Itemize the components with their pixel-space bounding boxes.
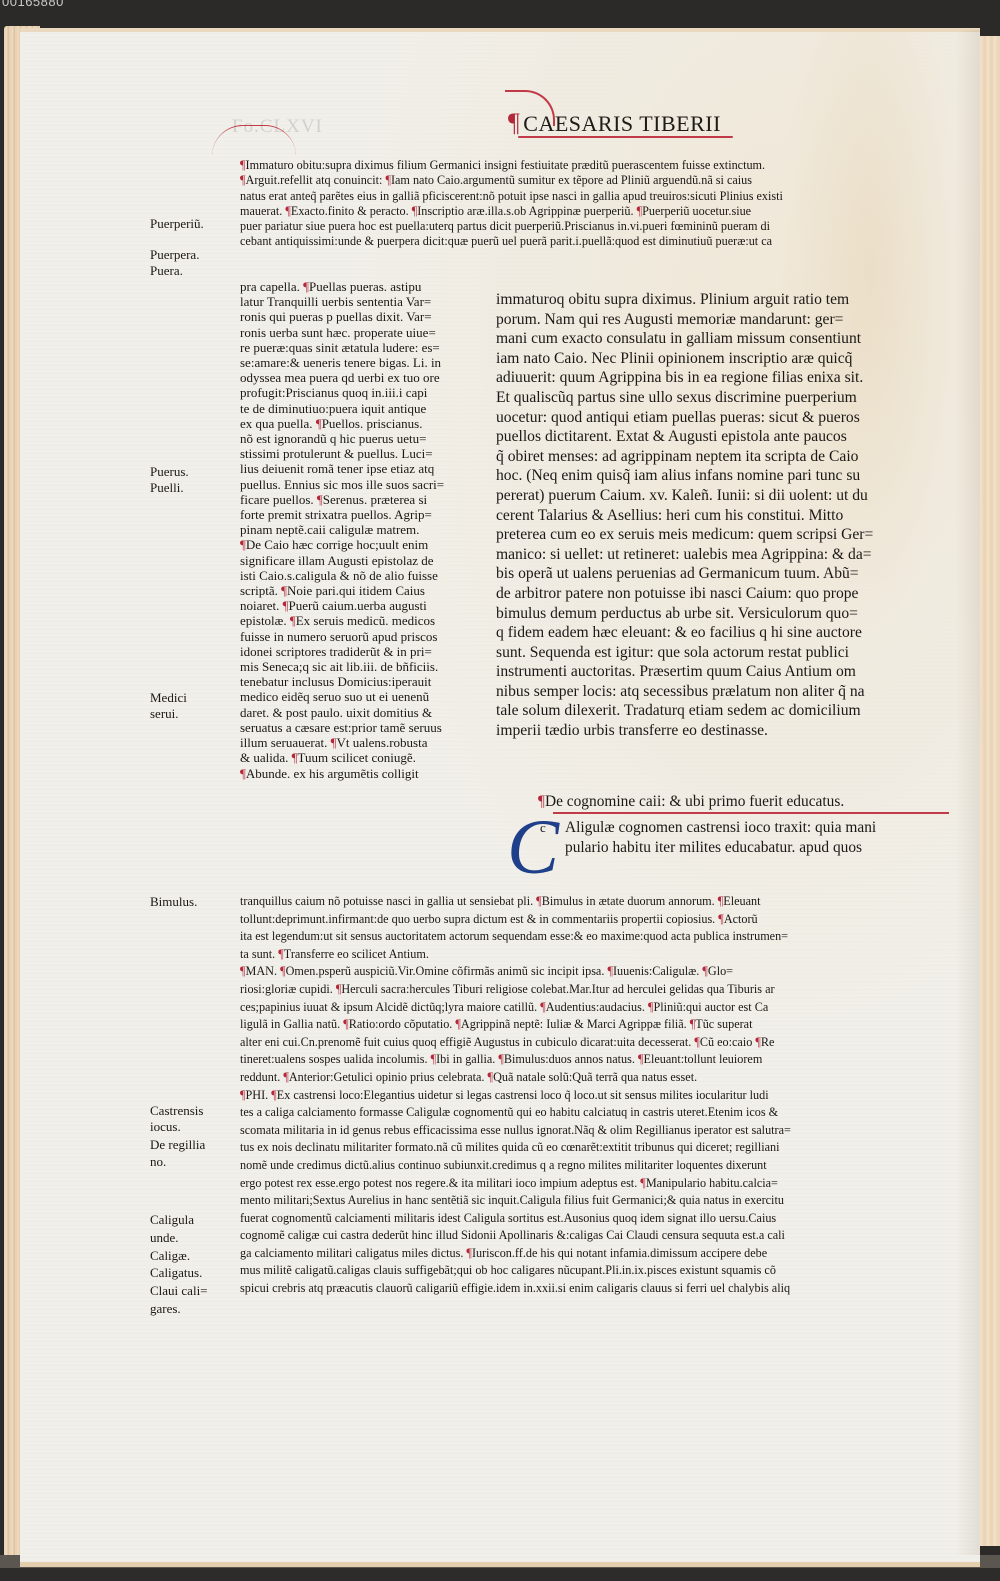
main-text-line: manico: si uellet: ut retineret: ualebis… [496, 545, 956, 565]
gloss-line: tes a caliga calciamento formasse Caligu… [240, 1104, 955, 1122]
main-text-line: puellos dictitarent. Extat & Augusti epi… [496, 427, 956, 447]
gloss-line: tineret:ualens sospes ualida incolumis. … [240, 1051, 955, 1069]
gloss-line: puellus. Ennius sic mos ille suos sacri= [240, 477, 484, 492]
main-text-column: immaturoq obitu supra diximus. Plinium a… [496, 290, 956, 741]
marginal-note: gares. [150, 1301, 181, 1316]
pilcrow-icon: ¶ [431, 1052, 437, 1066]
gloss-top-block: ¶Immaturo obitu:supra diximus filium Ger… [240, 158, 955, 250]
gloss-line: nomẽ unde credimus dictũ.alius continuo … [240, 1157, 955, 1175]
marginal-note: Puelli. [150, 480, 184, 495]
gloss-line: riosi:gloriæ cupidi. ¶Herculi sacra:herc… [240, 981, 955, 999]
section-heading: ¶De cognomine caii: & ubi primo fuerit e… [538, 793, 844, 811]
gloss-line: seruatus a cæsare est:prior tamẽ seruus [240, 720, 484, 735]
main-text-line: Et qualiscũq partus sine ullo sexus disc… [496, 388, 956, 408]
marginal-note: Bimulus. [150, 894, 197, 909]
main-text-line: mani cum exacto consulatu in galliam mis… [496, 329, 956, 349]
gloss-line: spicui crebris atq præacutis clauorũ cal… [240, 1280, 955, 1298]
pilcrow-icon: ¶ [316, 416, 322, 431]
gloss-line: noiaret. ¶Puerũ caium.uerba augusti [240, 598, 484, 613]
main-text-line: de arbitror patere non potuisse ibi nasc… [496, 584, 956, 604]
gloss-line: ¶Immaturo obitu:supra diximus filium Ger… [240, 158, 955, 173]
gloss-line: daret. & post paulo. uixit domitius & [240, 705, 484, 720]
running-head: ¶CAESARIS TIBERII [508, 108, 721, 138]
pilcrow-icon: ¶ [285, 204, 291, 218]
main-text-line: pererat) puerum Caium. xv. Kaleñ. Iunii:… [496, 486, 956, 506]
pilcrow-icon: ¶ [280, 964, 286, 978]
gloss-line: ita est legendum:ut sit sensus auctorita… [240, 928, 955, 946]
section-heading-rule [553, 812, 949, 814]
pilcrow-icon: ¶ [240, 964, 246, 978]
gloss-left-column: pra capella. ¶Puellas pueras. astipu lat… [240, 279, 484, 781]
running-head-title: CAESARIS TIBERII [523, 111, 721, 136]
gloss-line: ces;papinius iuuat & ipsum Alcidẽ dictũq… [240, 999, 955, 1017]
pilcrow-icon: ¶ [718, 894, 724, 908]
gloss-line: natus erat anteq̃ parẽtes eius in galliã… [240, 189, 955, 204]
page-fold-shadow [955, 30, 980, 1555]
pilcrow-icon: ¶ [694, 1035, 700, 1049]
gloss-line: tollunt:deprimunt.infirmant:de quo uerbo… [240, 911, 955, 929]
gloss-line: ronis uerba sunt hæc. properate uiue= [240, 325, 484, 340]
gloss-line: & ualida. ¶Tuum scilicet coniugẽ. [240, 750, 484, 765]
pilcrow-icon: ¶ [281, 583, 287, 598]
marginal-note: Puerperiũ. [150, 216, 204, 231]
gloss-line: lius deiuenit romã tener ipse etiaz atq [240, 461, 484, 476]
pilcrow-icon: ¶ [240, 1088, 246, 1102]
pilcrow-icon: ¶ [607, 964, 613, 978]
main-text-line: bis operã ut ualens peruenias ad Germani… [496, 564, 956, 584]
pilcrow-icon: ¶ [240, 158, 246, 172]
marginal-note: unde. [150, 1230, 179, 1245]
pilcrow-icon: ¶ [498, 1052, 504, 1066]
gloss-line: se:amare:& ueneris tenere bigas. Li. in [240, 355, 484, 370]
pilcrow-icon: ¶ [331, 735, 337, 750]
pilcrow-icon: ¶ [240, 537, 246, 552]
main-text-line: iam nato Caio. Nec Plinii opinionem insc… [496, 349, 956, 369]
gloss-line: reddunt. ¶Anterior:Getulici opinio prius… [240, 1069, 955, 1087]
gloss-line: forte premit strixatra puellos. Agrip= [240, 507, 484, 522]
pilcrow-icon: ¶ [718, 912, 724, 926]
gloss-line: stissimi protulerunt & puellus. Luci= [240, 446, 484, 461]
main-text-line: immaturoq obitu supra diximus. Plinium a… [496, 290, 956, 310]
gloss-line: ¶Abunde. ex his argumẽtis colligit [240, 766, 484, 781]
pilcrow-icon: ¶ [240, 766, 246, 781]
gloss-line: ficare puellos. ¶Serenus. præterea si [240, 492, 484, 507]
marginal-note: Medici [150, 690, 187, 705]
gloss-line: ga calciamento militari caligatus miles … [240, 1245, 955, 1263]
gloss-line: isti Caio.s.caligula & nõ de alio fuisse [240, 568, 484, 583]
pilcrow-icon: ¶ [343, 1017, 349, 1031]
main-text-line: bimulus demum perductus ab urbe sit. Ver… [496, 604, 956, 624]
pilcrow-icon: ¶ [466, 1246, 472, 1260]
gloss-line: odyssea mea puera qd uerbi ex tuo ore [240, 370, 484, 385]
marginal-note: Puera. [150, 263, 183, 278]
main-text-line: adiuuerit: quum Agrippina bis in ea regi… [496, 368, 956, 388]
pilcrow-icon: ¶ [540, 1000, 546, 1014]
pilcrow-icon: ¶ [412, 204, 418, 218]
gloss-line: pinam neptẽ.caii caligulæ matrem. [240, 522, 484, 537]
pilcrow-icon: ¶ [638, 1052, 644, 1066]
marginal-note: iocus. [150, 1119, 181, 1134]
main-text-line: preterea cum eo ex seruis meis medicum: … [496, 525, 956, 545]
gloss-line: mauerat. ¶Exacto.finito & peracto. ¶Insc… [240, 204, 955, 219]
gloss-line: cebant antiquissimi:unde & puerpera dici… [240, 234, 955, 249]
pilcrow-icon: ¶ [317, 492, 323, 507]
main-text-line: cerent Talarius & Asellius: heri cum his… [496, 506, 956, 526]
pilcrow-icon: ¶ [283, 1070, 289, 1084]
gloss-line: significare illam Augusti epistolaz de [240, 553, 484, 568]
gloss-line: ergo potest rex esse.ergo potest nos reg… [240, 1175, 955, 1193]
pilcrow-icon: ¶ [690, 1017, 696, 1031]
marginal-note: Caligæ. [150, 1248, 190, 1263]
section-text: Aligulæ cognomen castrensi ioco traxit: … [565, 818, 876, 857]
gloss-line: scriptã. ¶Noie pari.qui itidem Caius [240, 583, 484, 598]
gloss-line: ex qua puella. ¶Puellos. priscianus. [240, 416, 484, 431]
main-text-line: Aligulæ cognomen castrensi ioco traxit: … [565, 818, 876, 838]
gloss-line: tenebatur inclusus Domicius:iperauit [240, 674, 484, 689]
marginal-note: Claui cali= [150, 1283, 208, 1298]
main-text-line: uocetur: quod antiqui etiam puellas puer… [496, 408, 956, 428]
gloss-line: nõ est ignorandũ q hic puerus uetu= [240, 431, 484, 446]
gloss-line: idonei scriptores tradiderũt & in pri= [240, 644, 484, 659]
gloss-line: medico eidẽq seruo suo ut ei uenenũ [240, 689, 484, 704]
gloss-line: puer pariatur siue puera hoc est puella:… [240, 219, 955, 234]
main-text-line: tale solum dilexerit. Tradaturq etiam se… [496, 701, 956, 721]
guide-letter: c [540, 820, 546, 836]
marginal-note: Puerpera. [150, 247, 199, 262]
pilcrow-icon: ¶ [702, 964, 708, 978]
main-text-line: hoc. (Neq enim quisq̃ iam alius infans n… [496, 466, 956, 486]
running-head-underline [518, 136, 733, 138]
gloss-bottom-block: tranquillus caium nõ potuisse nasci in g… [240, 893, 955, 1298]
marginal-note: Castrensis [150, 1103, 203, 1118]
pilcrow-icon: ¶ [336, 982, 342, 996]
pilcrow-icon: ¶ [455, 1017, 461, 1031]
pilcrow-icon: ¶ [488, 1070, 494, 1084]
pilcrow-icon: ¶ [508, 108, 520, 137]
gloss-line: re pueræ:quas sinit ætatula ludere: es= [240, 340, 484, 355]
pilcrow-icon: ¶ [536, 894, 542, 908]
marginal-note: De regillia [150, 1137, 205, 1152]
gloss-line: ¶De Caio hæc corrige hoc;uult enim [240, 537, 484, 552]
pilcrow-icon: ¶ [637, 204, 643, 218]
gloss-line: epistolæ. ¶Ex seruis medicũ. medicos [240, 613, 484, 628]
main-text-line: sunt. Sequenda est igitur: que sola acto… [496, 643, 956, 663]
gloss-line: ¶Arguit.refellit atq conuincit: ¶Iam nat… [240, 173, 955, 188]
gloss-line: latur Tranquilli uerbis sententia Var= [240, 294, 484, 309]
gloss-line: profugit:Priscianus quoq in.iii.i capi [240, 385, 484, 400]
gloss-line: scomata militaria in id genus rebus effi… [240, 1122, 955, 1140]
pilcrow-icon: ¶ [640, 1176, 646, 1190]
gloss-line: tus ex nois declinatu militariter format… [240, 1139, 955, 1157]
main-text-line: nibus semper locis: atq secessibus præla… [496, 682, 956, 702]
main-text-line: q̃ obiret menses: ad agrippinam neptem i… [496, 447, 956, 467]
pilcrow-icon: ¶ [755, 1035, 761, 1049]
gloss-line: ligulã in Gallia natũ. ¶Ratio:ordo cõput… [240, 1016, 955, 1034]
main-text-line: porum. Nam qui res Augusti memoriæ manda… [496, 310, 956, 330]
pilcrow-icon: ¶ [271, 1088, 277, 1102]
marginal-note: Puerus. [150, 464, 189, 479]
main-text-line: q fidem eadem hæc eleuant: & eo facilius… [496, 623, 956, 643]
pilcrow-icon: ¶ [303, 279, 309, 294]
gloss-line: cognomẽ caligæ cui castra dederũt hinc i… [240, 1227, 955, 1245]
main-text-line: imperii tædio urbis transferre eo destin… [496, 721, 956, 741]
main-text-line: pulario habitu iter milites educabatur. … [565, 838, 876, 858]
gloss-line: mento militari;Sextus Aurelius in hanc s… [240, 1192, 955, 1210]
scan-id-label: 00165880 [2, 0, 64, 9]
pilcrow-icon: ¶ [283, 598, 289, 613]
marginal-note: Caligula [150, 1212, 194, 1227]
bottom-binding-shadow [0, 1568, 1000, 1581]
pilcrow-icon: ¶ [240, 173, 246, 187]
gloss-line: tranquillus caium nõ potuisse nasci in g… [240, 893, 955, 911]
gloss-line: te de diminutiuo:puera iquit antique [240, 401, 484, 416]
gloss-line: ¶MAN. ¶Omen.psperũ auspiciũ.Vir.Omine cõ… [240, 963, 955, 981]
gloss-line: fuisse in numero seruorũ apud priscos [240, 629, 484, 644]
main-text-line: instrumenti auctoritas. Præsertim quum C… [496, 662, 956, 682]
gloss-line: pra capella. ¶Puellas pueras. astipu [240, 279, 484, 294]
pilcrow-icon: ¶ [648, 1000, 654, 1014]
pilcrow-icon: ¶ [278, 947, 284, 961]
decorated-initial-C: C [507, 808, 559, 886]
gloss-line: mus militẽ caligatũ.caligas clauis suffi… [240, 1262, 955, 1280]
gloss-line: ronis qui pueras p puellas dixit. Var= [240, 309, 484, 324]
pilcrow-icon: ¶ [385, 173, 391, 187]
marginal-note: Caligatus. [150, 1265, 202, 1280]
gloss-line: illum seruauerat. ¶Vt ualens.robusta [240, 735, 484, 750]
marginal-note: serui. [150, 706, 179, 721]
gloss-line: ta sunt. ¶Transferre eo scilicet Antium. [240, 946, 955, 964]
gloss-line: mis Seneca;q sic ait lib.iii. de bñficii… [240, 659, 484, 674]
gloss-line: ¶PHI. ¶Ex castrensi loco:Elegantius uide… [240, 1087, 955, 1105]
gloss-line: alter eni cui.Cn.prenomẽ fuit cuius quoq… [240, 1034, 955, 1052]
gloss-line: fuerat cognomentũ calciamenti militaris … [240, 1210, 955, 1228]
pilcrow-icon: ¶ [292, 750, 298, 765]
pilcrow-icon: ¶ [290, 613, 296, 628]
marginal-note: no. [150, 1154, 166, 1169]
